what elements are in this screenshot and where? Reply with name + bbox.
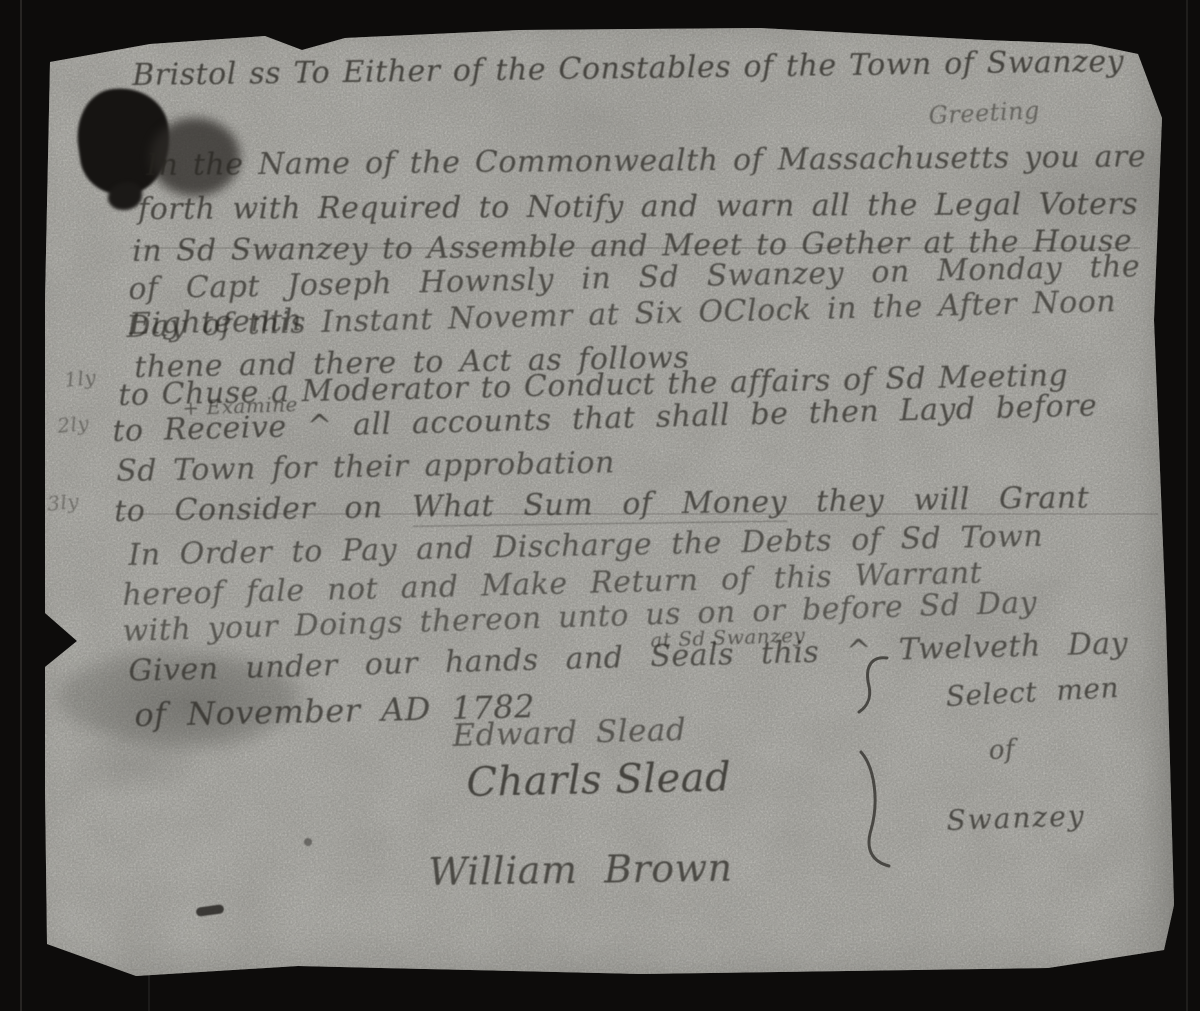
scanned-document: Bristol ss To Either of the Constables o… <box>0 0 1200 1011</box>
attestation-town: Swanzey <box>946 799 1086 837</box>
article-3-underlined-phrase: What Sum of Money <box>412 485 787 527</box>
photocopy-streak-left <box>20 0 22 1011</box>
ink-speck <box>304 838 312 846</box>
article-3-post: they will Grant <box>816 480 1089 519</box>
article-marker: 3ly <box>46 489 80 516</box>
signature: Charls Slead <box>466 754 732 806</box>
article-marker: 2ly <box>56 411 90 438</box>
article-3-pre: to Consider on <box>114 490 383 529</box>
greeting-word: Greeting <box>928 96 1041 130</box>
county-label: Bristol ss <box>132 56 281 93</box>
paper-sheet: Bristol ss To Either of the Constables o… <box>0 0 1200 1011</box>
curly-brace <box>845 652 915 877</box>
photocopy-streak-right <box>1186 0 1188 1011</box>
signature: Edward Slead <box>452 712 687 754</box>
article-marker: 1ly <box>63 365 97 392</box>
attestation-of: of <box>988 735 1016 766</box>
signature: William Brown <box>428 846 733 894</box>
body-line: forth with Required to Notify and warn a… <box>138 187 1138 227</box>
